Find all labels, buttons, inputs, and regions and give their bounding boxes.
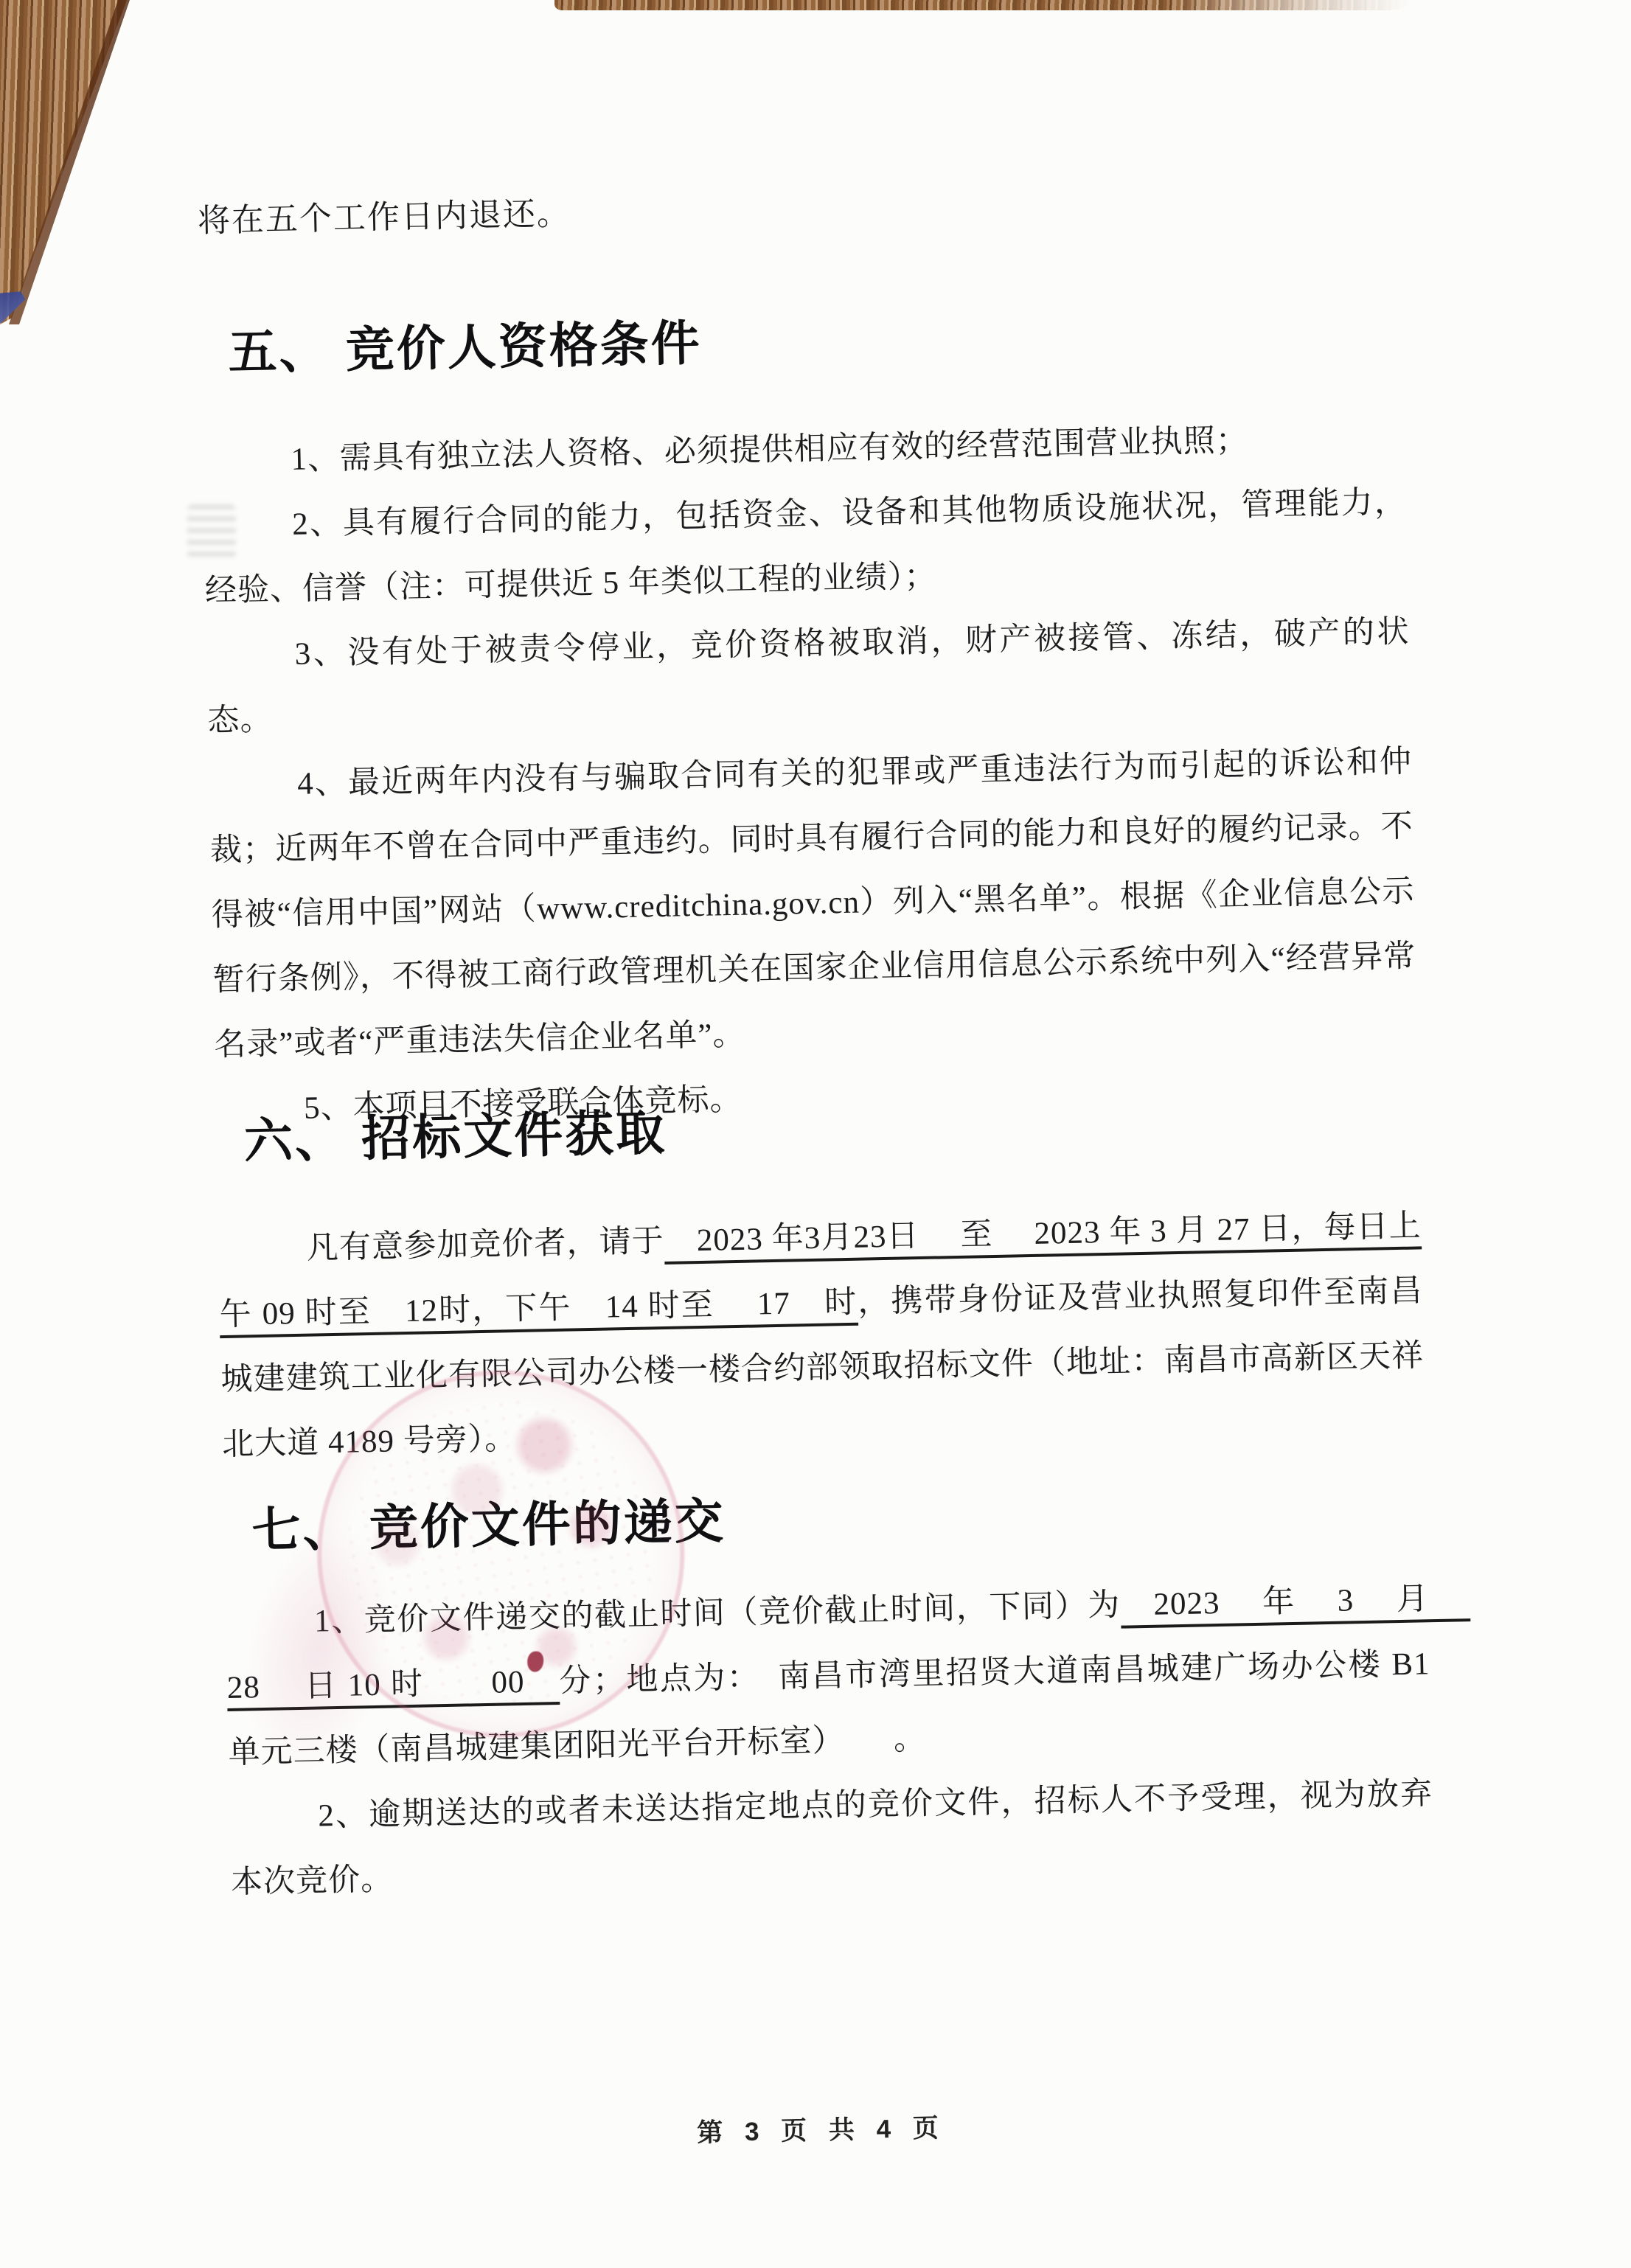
deadline-text-lead: 1、竞价文件递交的截止时间（竞价截止时间，下同）为 <box>314 1588 1121 1639</box>
qualification-item-3: 3、没有处于被责令停业，竞价资格被取消，财产被接管、冻结，破产的状态。 <box>206 600 1411 754</box>
deadline-text-tail: 分；地点为： 南昌市湾里招贤大道南昌城建广场办公楼 B1 单元三楼（南昌城建集团… <box>228 1646 1430 1770</box>
submission-item-2: 2、逾期送达的或者未送达指定地点的竞价文件，招标人不予受理，视为放弃本次竞价。 <box>229 1761 1435 1916</box>
obtain-text-lead: 凡有意参加竞价者，请于 <box>306 1224 664 1266</box>
qualification-item-4: 4、最近两年内没有与骗取合同有关的犯罪或严重违法行为而引起的诉讼和仲裁；近两年不… <box>208 730 1418 1079</box>
document-content: 将在五个工作日内退还。 五、 竞价人资格条件 1、需具有独立法人资格、必须提供相… <box>0 0 1631 2268</box>
section6-body: 凡有意参加竞价者，请于 2023 年3月23日 至 2023 年 3 月 27 … <box>218 1194 1426 1478</box>
scanned-tender-page: 将在五个工作日内退还。 五、 竞价人资格条件 1、需具有独立法人资格、必须提供相… <box>0 0 1631 2268</box>
page-number: 第 3 页 共 4 页 <box>21 2094 1623 2163</box>
section6-heading: 六、 招标文件获取 <box>243 1099 667 1175</box>
section7-body: 1、竞价文件递交的截止时间（竞价截止时间，下同）为 2023 年 3 月 28 … <box>225 1567 1435 1916</box>
submission-item-1: 1、竞价文件递交的截止时间（竞价截止时间，下同）为 2023 年 3 月 28 … <box>225 1567 1432 1786</box>
section5-body: 1、需具有独立法人资格、必须提供相应有效的经营范围营业执照； 2、具有履行合同的… <box>202 406 1419 1144</box>
section5-heading: 五、 竞价人资格条件 <box>228 309 703 386</box>
intro-line: 将在五个工作日内退还。 <box>197 192 571 243</box>
qualification-item-2: 2、具有履行合同的能力，包括资金、设备和其他物质设施状况，管理能力，经验、信誉（… <box>203 470 1408 625</box>
section7-heading: 七、 竞价文件的递交 <box>251 1486 726 1564</box>
obtain-date-range-underlined: 2023 年3月23日 至 2023 年 3 月 27 日，每日上午 09 时至… <box>219 1208 1422 1338</box>
document-obtain-paragraph: 凡有意参加竞价者，请于 2023 年3月23日 至 2023 年 3 月 27 … <box>218 1194 1426 1478</box>
